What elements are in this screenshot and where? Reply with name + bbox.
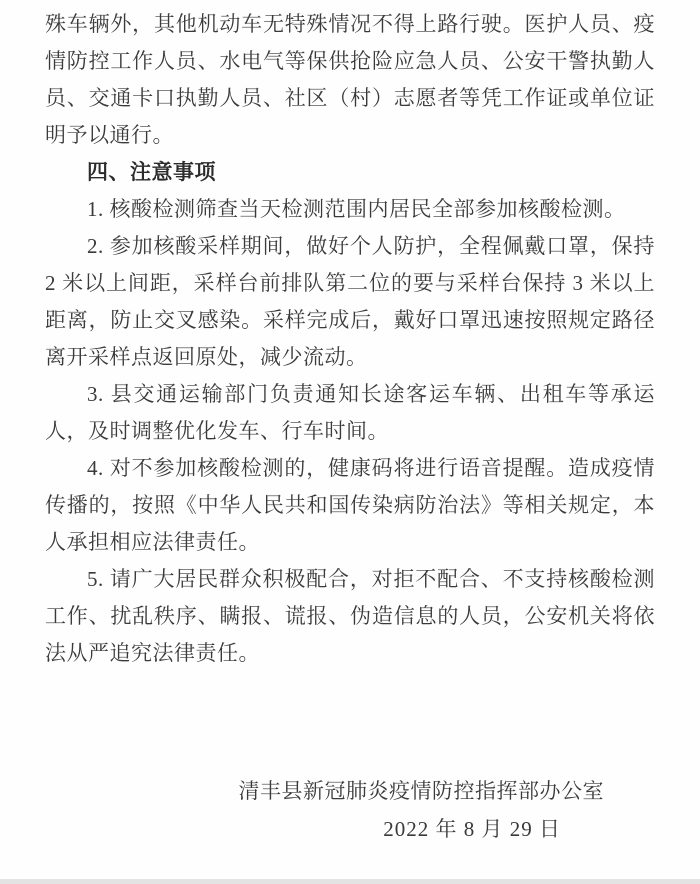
notice-item-2: 2. 参加核酸采样期间，做好个人防护，全程佩戴口罩，保持 2 米以上间距，采样台… bbox=[45, 228, 655, 376]
section-heading: 四、注意事项 bbox=[45, 154, 655, 191]
issue-date: 2022 年 8 月 29 日 bbox=[45, 810, 655, 848]
continuation-paragraph: 殊车辆外，其他机动车无特殊情况不得上路行驶。医护人员、疫情防控工作人员、水电气等… bbox=[45, 6, 655, 154]
notice-item-1: 1. 核酸检测筛查当天检测范围内居民全部参加核酸检测。 bbox=[45, 191, 655, 228]
notice-item-4: 4. 对不参加核酸检测的，健康码将进行语音提醒。造成疫情传播的，按照《中华人民共… bbox=[45, 450, 655, 561]
signature-block: 清丰县新冠肺炎疫情防控指挥部办公室 2022 年 8 月 29 日 bbox=[45, 772, 655, 848]
document-page: 殊车辆外，其他机动车无特殊情况不得上路行驶。医护人员、疫情防控工作人员、水电气等… bbox=[0, 0, 700, 884]
notice-item-3: 3. 县交通运输部门负责通知长途客运车辆、出租车等承运人，及时调整优化发车、行车… bbox=[45, 376, 655, 450]
issuing-office-name: 清丰县新冠肺炎疫情防控指挥部办公室 bbox=[45, 772, 655, 810]
document-body: 殊车辆外，其他机动车无特殊情况不得上路行驶。医护人员、疫情防控工作人员、水电气等… bbox=[45, 6, 655, 848]
notice-item-5: 5. 请广大居民群众积极配合，对拒不配合、不支持核酸检测工作、扰乱秩序、瞒报、谎… bbox=[45, 561, 655, 672]
page-bottom-edge bbox=[0, 879, 700, 884]
